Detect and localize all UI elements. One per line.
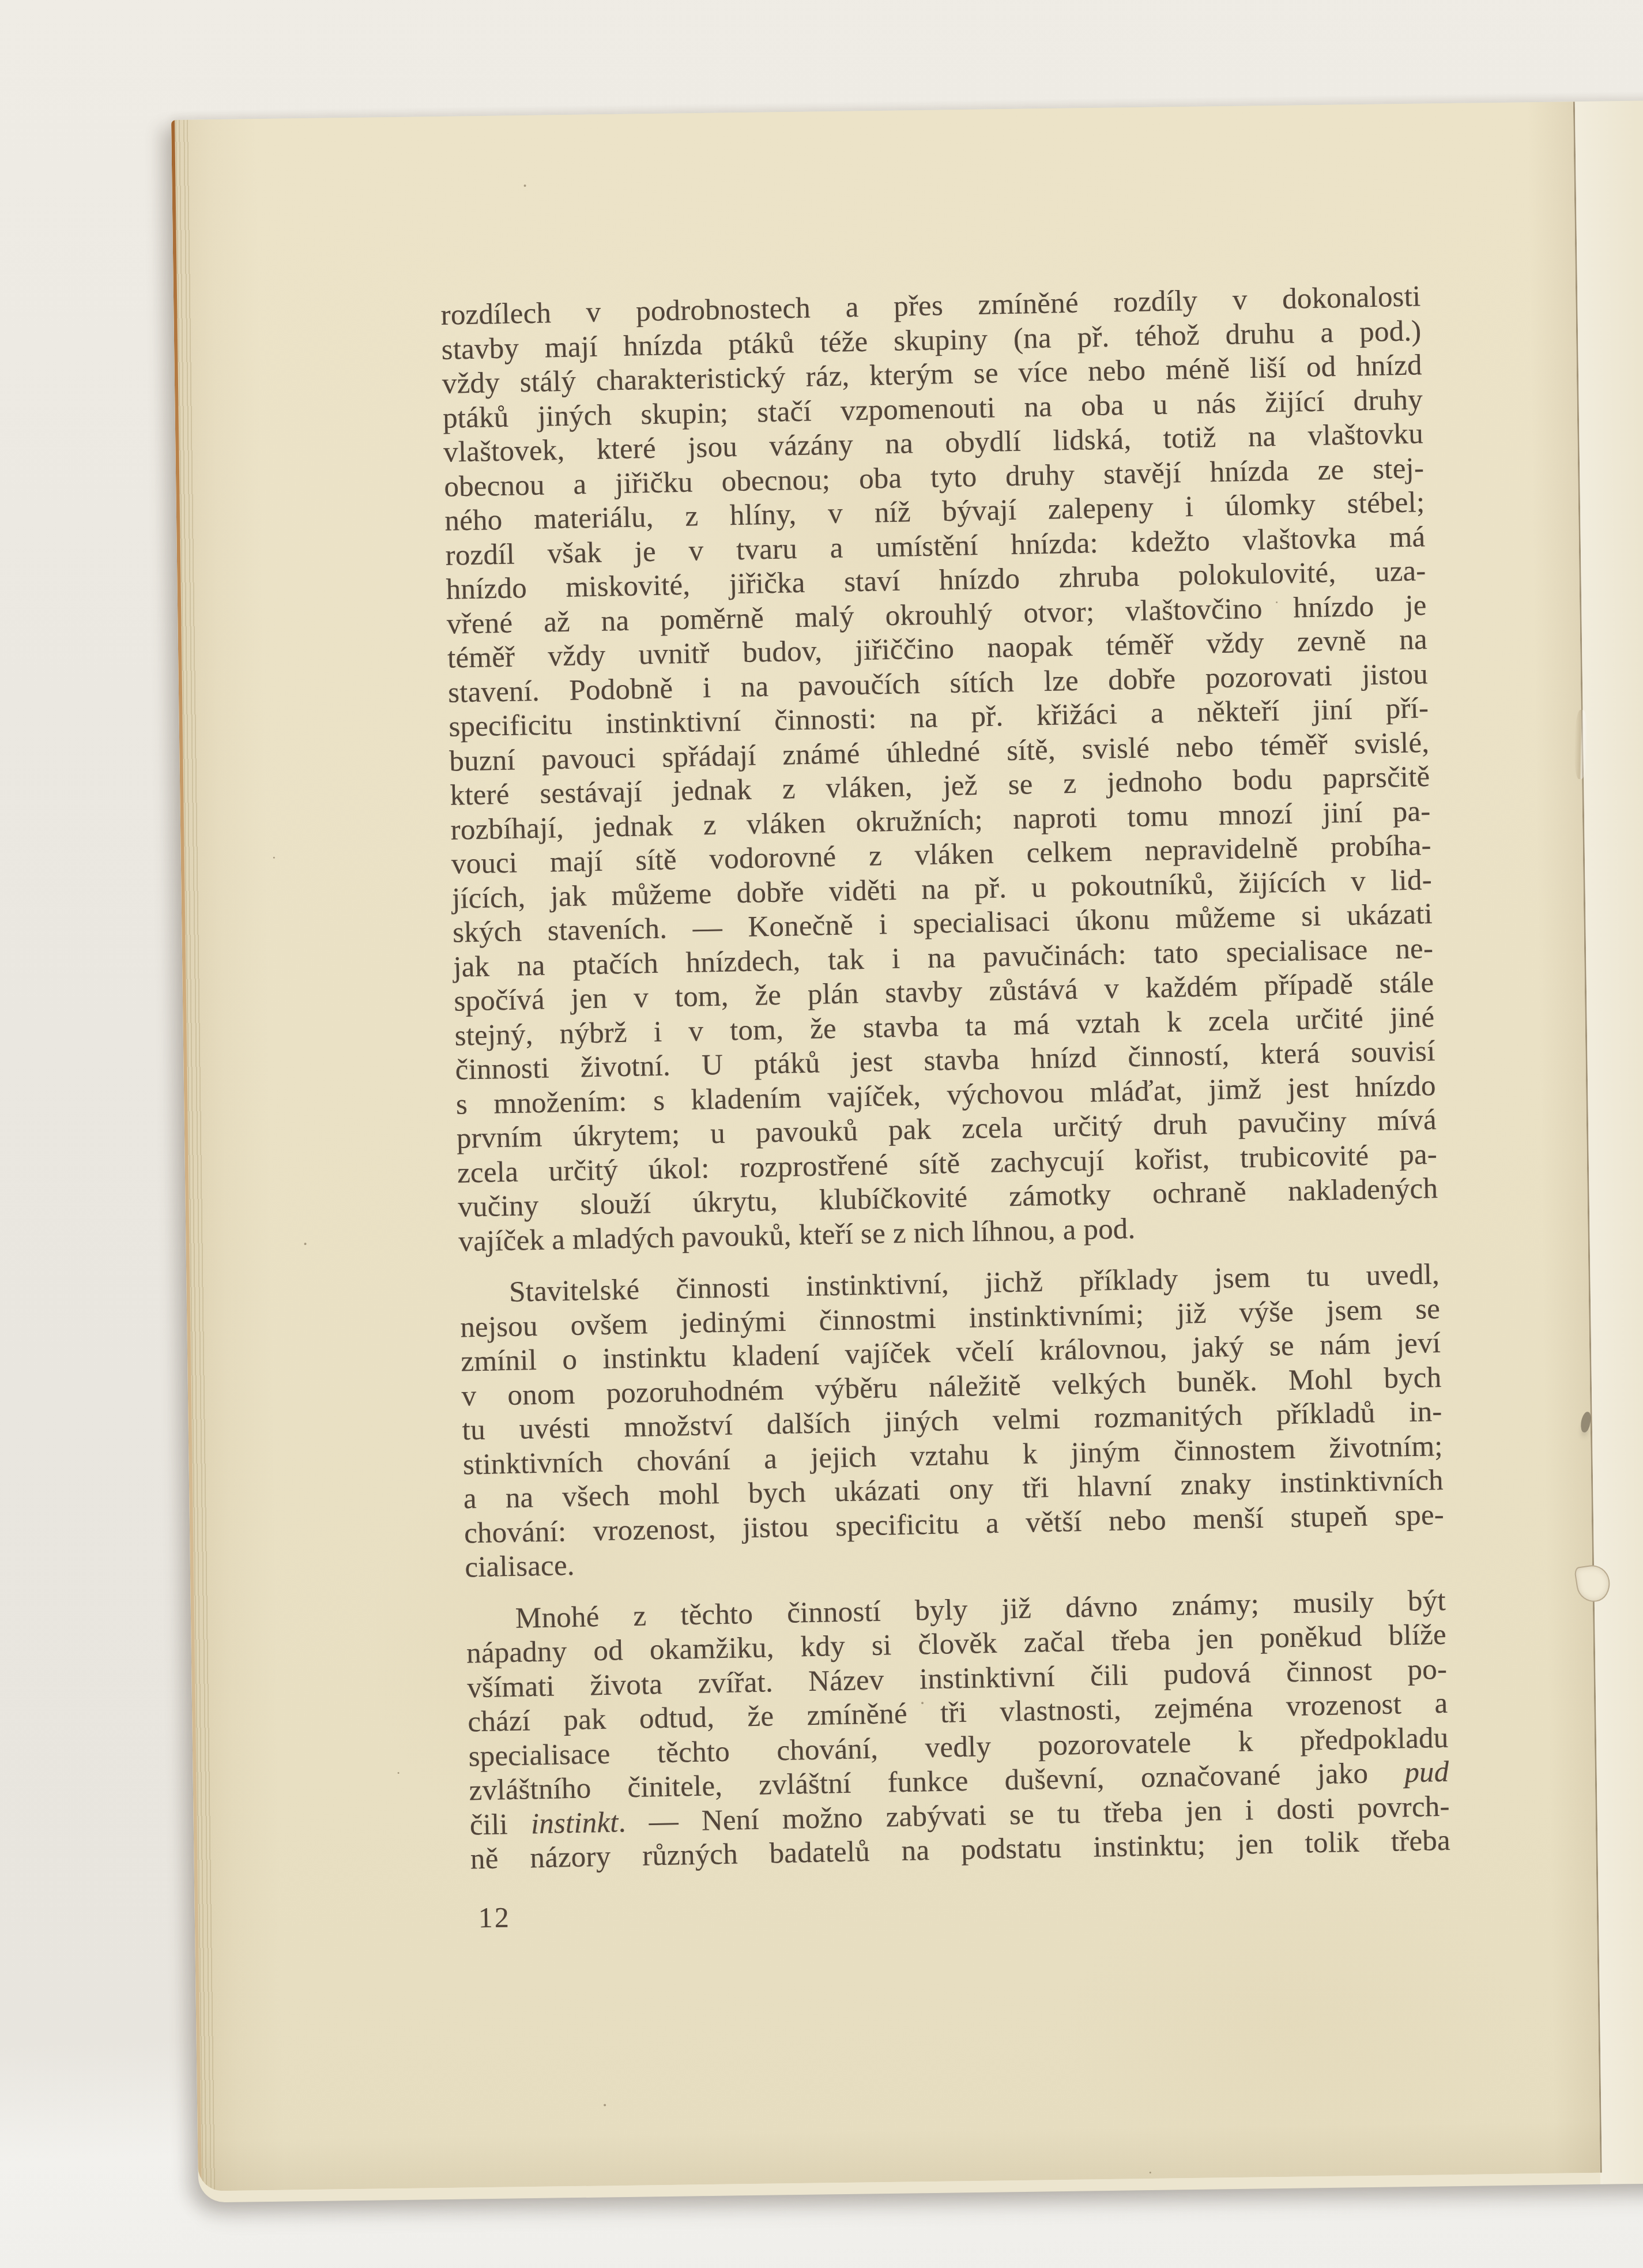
paper-speck — [273, 857, 275, 859]
paragraph: rozdílech v podrobnostech a přes zmíněné… — [440, 280, 1439, 1259]
paragraph: Stavitelské činnosti instinktivní, jichž… — [459, 1258, 1445, 1585]
paragraph: Mnohé z těchto činností byly již dávno z… — [466, 1584, 1451, 1877]
paper-speck — [524, 185, 526, 187]
paper-speck — [604, 2104, 606, 2106]
paper-speck — [304, 1243, 307, 1245]
paper-speck — [1150, 2172, 1151, 2173]
paper-speck — [398, 1772, 400, 1774]
scanned-book-photo: rozdílech v podrobnostech a přes zmíněné… — [0, 0, 1643, 2268]
page-number: 12 — [478, 1901, 511, 1935]
book-page-stack: rozdílech v podrobnostech a přes zmíněné… — [171, 100, 1643, 2203]
paper-stain — [1059, 1861, 1524, 2190]
text-block: rozdílech v podrobnostech a přes zmíněné… — [440, 280, 1450, 1877]
book-page: rozdílech v podrobnostech a přes zmíněné… — [171, 101, 1602, 2191]
